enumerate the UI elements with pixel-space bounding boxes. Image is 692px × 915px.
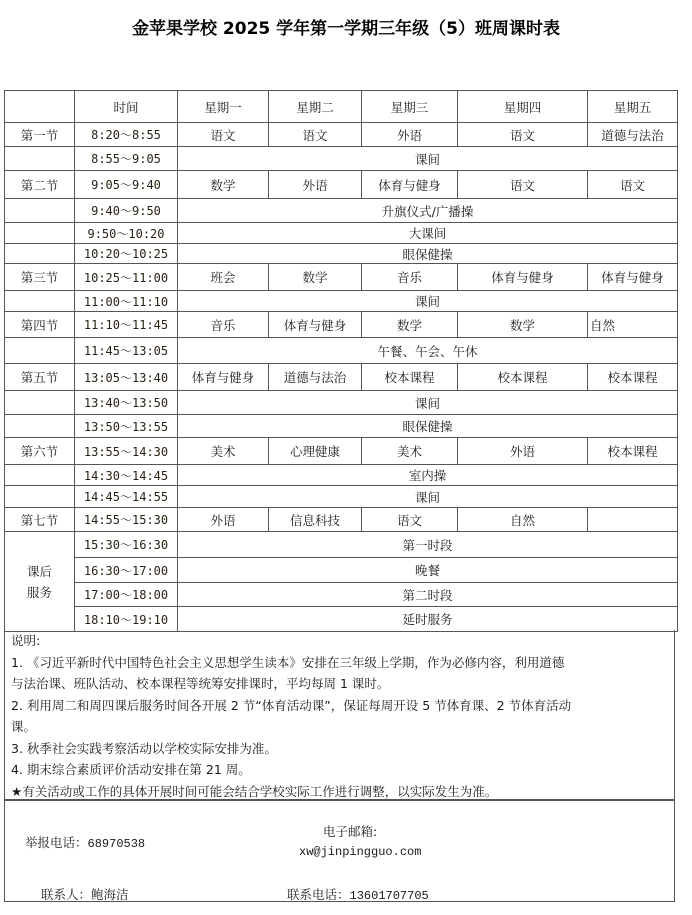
subject-cell: 语文	[269, 123, 362, 147]
activity-span: 升旗仪式/广播操	[178, 199, 678, 223]
break-row: 11:45～13:05午餐、午会、午休	[5, 338, 678, 364]
after-school-row: 16:30～17:00晚餐	[5, 558, 678, 583]
period-label: 第六节	[5, 438, 75, 465]
activity-span: 眼保健操	[178, 415, 678, 438]
subject-cell: 语文	[458, 123, 588, 147]
report-phone-label: 举报电话：	[25, 835, 88, 850]
after-school-row: 17:00～18:00第二时段	[5, 583, 678, 607]
after-school-row: 18:10～19:10延时服务	[5, 607, 678, 632]
page-title: 金苹果学校 2025 学年第一学期三年级（5）班周课时表	[0, 14, 692, 39]
activity-label: 课间	[415, 490, 440, 505]
time-slot: 13:50～13:55	[75, 415, 178, 438]
subject-cell: 自然	[588, 312, 678, 338]
time-slot: 14:55～15:30	[75, 508, 178, 532]
time-slot: 14:30～14:45	[75, 465, 178, 486]
subject-cell: 美术	[362, 438, 458, 465]
activity-label: 课间	[415, 152, 440, 167]
time-slot: 11:10～11:45	[75, 312, 178, 338]
time-slot: 13:05～13:40	[75, 364, 178, 391]
activity-label: 午餐、午会、午休	[377, 344, 477, 359]
subject-cell: 外语	[362, 123, 458, 147]
activity-label: 眼保健操	[402, 247, 452, 262]
contact-person-name: 鲍海洁	[91, 887, 129, 902]
activity-span: 午餐、午会、午休	[178, 338, 678, 364]
contact-phone-value: 13601707705	[350, 889, 429, 903]
period-row: 第五节13:05～13:40体育与健身道德与法治校本课程校本课程校本课程	[5, 364, 678, 391]
subject-cell: 校本课程	[588, 438, 678, 465]
time-slot: 16:30～17:00	[75, 558, 178, 583]
subject-cell: 音乐	[362, 264, 458, 291]
header-friday: 星期五	[588, 91, 678, 123]
time-slot: 9:05～9:40	[75, 171, 178, 199]
activity-span: 延时服务	[178, 607, 678, 632]
header-time: 时间	[75, 91, 178, 123]
period-label	[5, 391, 75, 415]
break-row: 9:50～10:20大课间	[5, 223, 678, 244]
activity-label: 室内操	[409, 468, 447, 483]
activity-span: 室内操	[178, 465, 678, 486]
activity-span: 第一时段	[178, 532, 678, 558]
time-slot: 11:45～13:05	[75, 338, 178, 364]
subject-cell: 班会	[178, 264, 269, 291]
time-slot: 15:30～16:30	[75, 532, 178, 558]
period-label	[5, 486, 75, 508]
subject-cell: 体育与健身	[269, 312, 362, 338]
contact-phone: 联系电话：13601707705	[287, 885, 429, 903]
time-slot: 9:50～10:20	[75, 223, 178, 244]
email-label: 电子邮箱:	[323, 822, 377, 840]
note-line: 与法治课、班队活动、校本课程等统筹安排课时，平均每周 1 课时。	[11, 673, 668, 695]
after-school-row: 课后服务15:30～16:30第一时段	[5, 532, 678, 558]
note-line: ★有关活动或工作的具体开展时间可能会结合学校实际工作进行调整，以实际发生为准。	[11, 781, 668, 803]
subject-cell: 体育与健身	[362, 171, 458, 199]
subject-cell: 数学	[458, 312, 588, 338]
time-slot: 14:45～14:55	[75, 486, 178, 508]
email-value: xw@jinpingguo.com	[299, 845, 421, 859]
break-row: 9:40～9:50升旗仪式/广播操	[5, 199, 678, 223]
time-slot: 18:10～19:10	[75, 607, 178, 632]
activity-span: 课间	[178, 291, 678, 312]
time-slot: 17:00～18:00	[75, 583, 178, 607]
after-school-label: 课后服务	[5, 532, 75, 632]
subject-cell: 校本课程	[458, 364, 588, 391]
notes-heading: 说明:	[11, 630, 668, 652]
time-slot: 8:20～8:55	[75, 123, 178, 147]
activity-label: 眼保健操	[402, 419, 452, 434]
subject-cell: 音乐	[178, 312, 269, 338]
period-label	[5, 291, 75, 312]
activity-span: 课间	[178, 391, 678, 415]
break-row: 8:55～9:05课间	[5, 147, 678, 171]
period-label: 第三节	[5, 264, 75, 291]
subject-cell: 美术	[178, 438, 269, 465]
contact-person: 联系人：鲍海洁	[41, 885, 129, 903]
subject-cell: 体育与健身	[178, 364, 269, 391]
period-row: 第六节13:55～14:30美术心理健康美术外语校本课程	[5, 438, 678, 465]
break-row: 13:50～13:55眼保健操	[5, 415, 678, 438]
contact-footer: 举报电话：68970538 电子邮箱: xw@jinpingguo.com 联系…	[4, 800, 675, 902]
header-corner	[5, 91, 75, 123]
after-school-label-line: 课后	[5, 561, 74, 582]
note-line: 2. 利用周二和周四课后服务时间各开展 2 节“体育活动课”，保证每周开设 5 …	[11, 695, 668, 717]
subject-cell: 数学	[178, 171, 269, 199]
period-row: 第二节9:05～9:40数学外语体育与健身语文语文	[5, 171, 678, 199]
period-label: 第四节	[5, 312, 75, 338]
activity-label: 课间	[415, 396, 440, 411]
subject-cell: 数学	[269, 264, 362, 291]
subject-cell	[588, 508, 678, 532]
subject-cell: 语文	[362, 508, 458, 532]
period-label	[5, 244, 75, 264]
subject-cell: 校本课程	[588, 364, 678, 391]
period-label	[5, 465, 75, 486]
activity-label: 大课间	[409, 226, 447, 241]
timetable: 时间 星期一 星期二 星期三 星期四 星期五 第一节8:20～8:55语文语文外…	[4, 90, 678, 632]
note-line: 3. 秋季社会实践考察活动以学校实际安排为准。	[11, 738, 668, 760]
time-slot: 10:20～10:25	[75, 244, 178, 264]
break-row: 11:00～11:10课间	[5, 291, 678, 312]
header-thursday: 星期四	[458, 91, 588, 123]
activity-span: 课间	[178, 147, 678, 171]
time-slot: 8:55～9:05	[75, 147, 178, 171]
note-line: 1. 《习近平新时代中国特色社会主义思想学生读本》安排在三年级上学期，作为必修内…	[11, 652, 668, 674]
subject-cell: 心理健康	[269, 438, 362, 465]
period-label	[5, 199, 75, 223]
period-label: 第一节	[5, 123, 75, 147]
break-row: 13:40～13:50课间	[5, 391, 678, 415]
time-slot: 11:00～11:10	[75, 291, 178, 312]
header-row: 时间 星期一 星期二 星期三 星期四 星期五	[5, 91, 678, 123]
period-row: 第七节14:55～15:30外语信息科技语文自然	[5, 508, 678, 532]
after-school-label-line: 服务	[5, 582, 74, 603]
note-line: 课。	[11, 716, 668, 738]
time-slot: 10:25～11:00	[75, 264, 178, 291]
activity-span: 眼保健操	[178, 244, 678, 264]
header-monday: 星期一	[178, 91, 269, 123]
period-label	[5, 415, 75, 438]
activity-label: 升旗仪式/广播操	[382, 204, 474, 219]
subject-cell: 道德与法治	[588, 123, 678, 147]
activity-span: 课间	[178, 486, 678, 508]
time-slot: 13:55～14:30	[75, 438, 178, 465]
activity-span: 第二时段	[178, 583, 678, 607]
subject-cell: 校本课程	[362, 364, 458, 391]
subject-cell: 体育与健身	[588, 264, 678, 291]
report-phone-value: 68970538	[88, 837, 146, 851]
contact-phone-label: 联系电话：	[287, 887, 350, 902]
time-slot: 9:40～9:50	[75, 199, 178, 223]
header-wednesday: 星期三	[362, 91, 458, 123]
report-phone: 举报电话：68970538	[25, 833, 145, 851]
subject-cell: 外语	[178, 508, 269, 532]
activity-span: 大课间	[178, 223, 678, 244]
period-row: 第一节8:20～8:55语文语文外语语文道德与法治	[5, 123, 678, 147]
subject-cell: 外语	[269, 171, 362, 199]
subject-cell: 自然	[458, 508, 588, 532]
subject-cell: 外语	[458, 438, 588, 465]
period-label: 第五节	[5, 364, 75, 391]
contact-person-label: 联系人：	[41, 887, 91, 902]
period-row: 第三节10:25～11:00班会数学音乐体育与健身体育与健身	[5, 264, 678, 291]
break-row: 10:20～10:25眼保健操	[5, 244, 678, 264]
period-label	[5, 223, 75, 244]
notes-section: 说明: 1. 《习近平新时代中国特色社会主义思想学生读本》安排在三年级上学期，作…	[4, 630, 675, 800]
subject-cell: 语文	[588, 171, 678, 199]
subject-cell: 体育与健身	[458, 264, 588, 291]
note-line: 4. 期末综合素质评价活动安排在第 21 周。	[11, 759, 668, 781]
subject-cell: 语文	[458, 171, 588, 199]
period-label: 第二节	[5, 171, 75, 199]
activity-span: 晚餐	[178, 558, 678, 583]
break-row: 14:45～14:55课间	[5, 486, 678, 508]
period-row: 第四节11:10～11:45音乐体育与健身数学数学自然	[5, 312, 678, 338]
header-tuesday: 星期二	[269, 91, 362, 123]
period-label	[5, 147, 75, 171]
subject-cell: 语文	[178, 123, 269, 147]
period-label: 第七节	[5, 508, 75, 532]
subject-cell: 道德与法治	[269, 364, 362, 391]
period-label	[5, 338, 75, 364]
break-row: 14:30～14:45室内操	[5, 465, 678, 486]
time-slot: 13:40～13:50	[75, 391, 178, 415]
subject-cell: 信息科技	[269, 508, 362, 532]
subject-cell: 数学	[362, 312, 458, 338]
activity-label: 课间	[415, 294, 440, 309]
